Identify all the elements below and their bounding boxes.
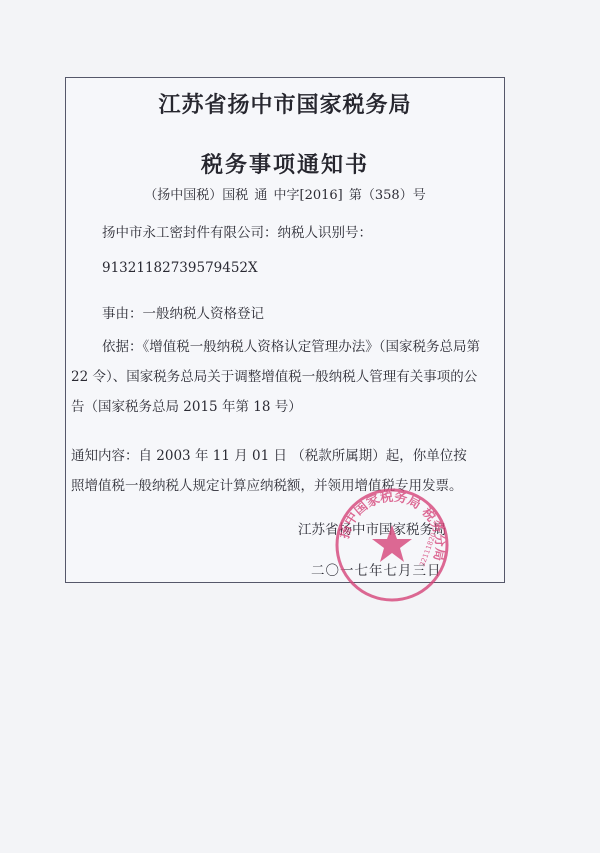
issuer-title: 江苏省扬中市国家税务局 [66, 88, 504, 119]
document-title: 税务事项通知书 [66, 148, 504, 179]
basis-paragraph: 依据：《增值税一般纳税人资格认定管理办法》（国家税务总局第 22 令）、国家税务… [71, 332, 501, 422]
subject-line: 事由：一般纳税人资格登记 [102, 302, 264, 322]
notice-document: 江苏省扬中市国家税务局 税务事项通知书 （扬中国税）国税 通 中字[2016] … [65, 77, 505, 583]
basis-line-2: 22 令）、国家税务总局关于调整增值税一般纳税人管理有关事项的公 [71, 362, 501, 392]
signature-organization: 江苏省扬中市国家税务局 [298, 518, 447, 538]
notice-line-2: 照增值税一般纳税人规定计算应纳税额，并领用增值税专用发票。 [71, 471, 501, 501]
basis-line-3: 告（国家税务总局 2015 年第 18 号） [71, 392, 501, 422]
recipient-line: 扬中市永工密封件有限公司：纳税人识别号： [102, 221, 372, 241]
notice-line-1: 通知内容：自 2003 年 11 月 01 日 （税款所属期）起，你单位按 [71, 441, 501, 471]
taxpayer-id: 91321182739579452X [102, 260, 258, 276]
basis-line-1: 依据：《增值税一般纳税人资格认定管理办法》（国家税务总局第 [71, 332, 501, 362]
notice-paragraph: 通知内容：自 2003 年 11 月 01 日 （税款所属期）起，你单位按 照增… [71, 441, 501, 501]
signature-date: 二〇一七年七月三日 [311, 559, 442, 579]
document-number: （扬中国税）国税 通 中字[2016] 第（358）号 [66, 184, 504, 203]
